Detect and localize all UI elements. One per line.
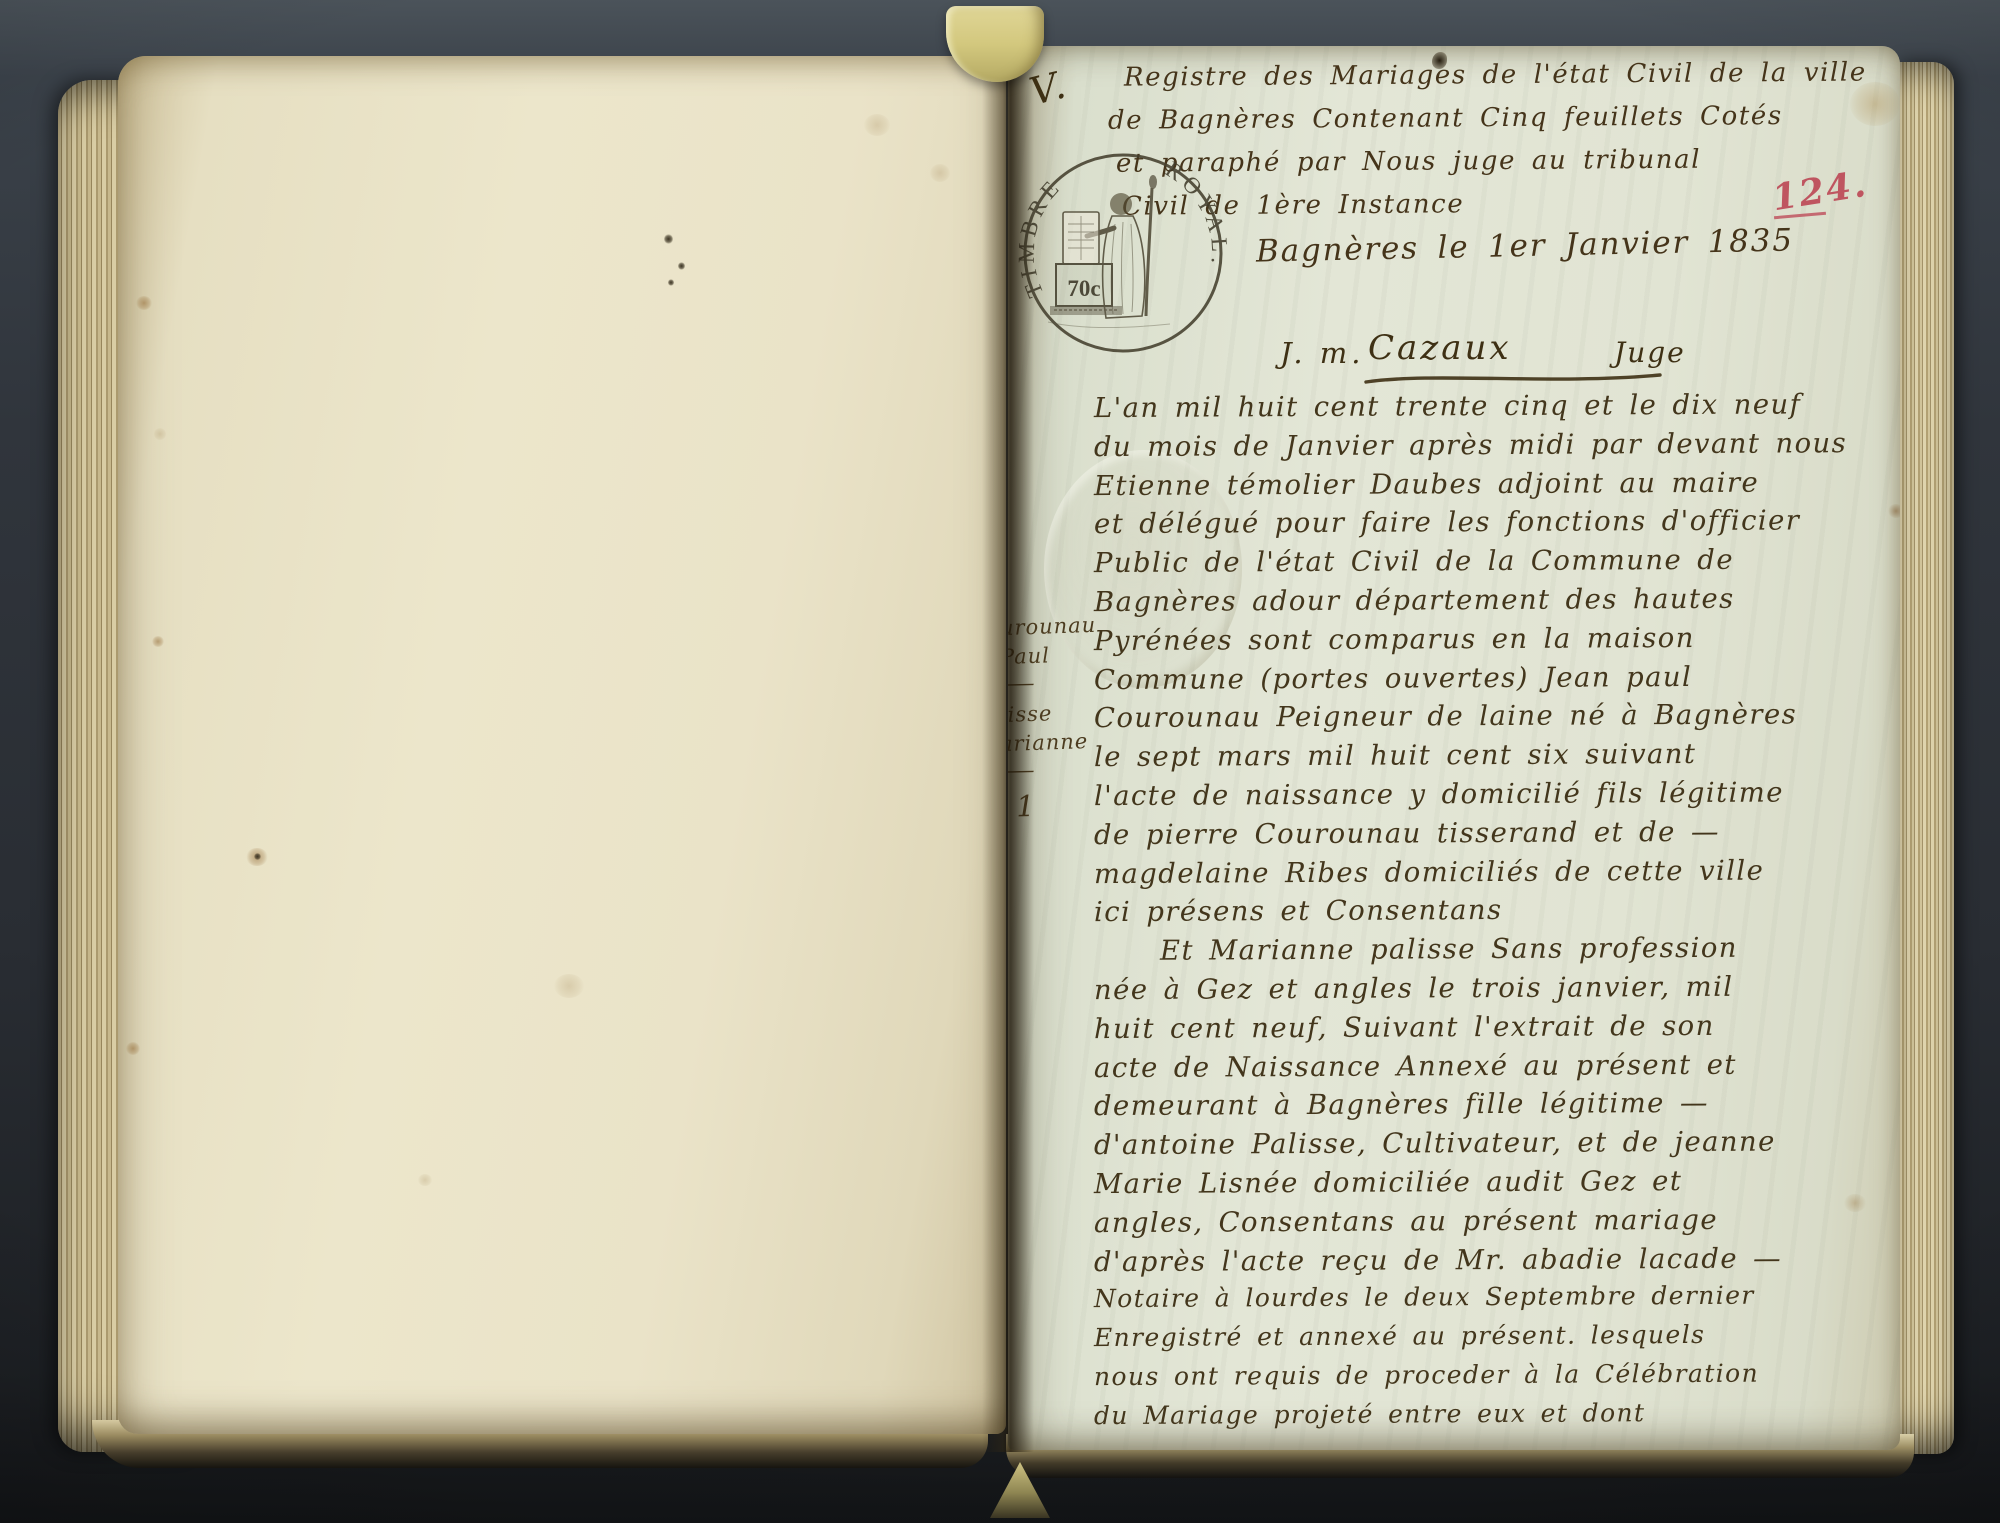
signature-initials: J. m. (1280, 336, 1365, 370)
foxing-spot (930, 164, 950, 182)
gutter-margin-notes: urounauPaul—lissearianne—1 (1008, 614, 1120, 817)
signature-title: Juge (1614, 336, 1686, 369)
manuscript-line: d'antoine Palisse, Cultivateur, et de je… (1094, 1125, 1900, 1168)
stamp-denomination: 70c (1067, 276, 1100, 301)
foxing-spot (668, 279, 674, 286)
header-line: de Bagnères Contenant Cinq feuillets Cot… (1108, 100, 1900, 149)
manuscript-line: née à Gez et angles le trois janvier, mi… (1094, 970, 1900, 1013)
manuscript-line: Pyrénées sont comparus en la maison (1094, 621, 1900, 664)
foxing-spot (864, 114, 890, 136)
act-body-text: L'an mil huit cent trente cinq et le dix… (1094, 390, 1900, 1438)
stamp-staff (1146, 188, 1152, 316)
foxing-spot (126, 1042, 140, 1055)
foxing-spot (152, 636, 164, 647)
foxing-spot (246, 848, 268, 866)
margin-note: — (1008, 755, 1193, 788)
manuscript-line: demeurant à Bagnères fille légitime — (1094, 1086, 1900, 1129)
foxing-spot (136, 296, 152, 310)
manuscript-line: Public de l'état Civil de la Commune de (1094, 543, 1900, 586)
margin-note: 1 (1008, 786, 1120, 819)
margin-note: — (1008, 668, 1193, 701)
margin-note: urounau (1008, 612, 1120, 645)
svg-text:ROYAL.: ROYAL. (1161, 157, 1230, 270)
manuscript-line: acte de Naissance Annexé au présent et (1094, 1047, 1900, 1090)
manuscript-line: du Mariage projeté entre eux et dont (1094, 1397, 1900, 1440)
manuscript-line: Marie Lisnée domiciliée audit Gez et (1094, 1164, 1900, 1207)
judge-signature-row: J. m. Cazaux Juge (1008, 324, 1768, 394)
foxing-spot (418, 1174, 432, 1186)
margin-note: lisse (1008, 699, 1120, 732)
manuscript-line: angles, Consentans au présent mariage (1094, 1203, 1900, 1246)
header-line: Registre des Mariages de l'état Civil de… (1108, 57, 1900, 106)
stamp-staff-top (1149, 175, 1157, 189)
manuscript-line: de pierre Courounau tisserand et de — (1094, 815, 1900, 858)
scanned-register-photo: V. Registre des Mariages de l'état Civil… (0, 0, 2000, 1523)
manuscript-line: Notaire à lourdes le deux Septembre dern… (1094, 1280, 1900, 1323)
manuscript-line: huit cent neuf, Suivant l'extrait de son (1094, 1009, 1900, 1052)
manuscript-line: ici présens et Consentans (1094, 892, 1900, 935)
manuscript-line: l'acte de naissance y domicilié fils lég… (1094, 776, 1900, 819)
manuscript-line: L'an mil huit cent trente cinq et le dix… (1094, 388, 1900, 431)
manuscript-line: d'après l'acte reçu de Mr. abadie lacade… (1094, 1241, 1900, 1284)
stamp-figure-drapery (1111, 222, 1133, 314)
right-register-page: V. Registre des Mariages de l'état Civil… (1008, 46, 1900, 1450)
foxing-spot (664, 234, 673, 244)
manuscript-line: et délégué pour faire les fonctions d'of… (1094, 504, 1900, 547)
manuscript-line: Bagnères adour département des hautes (1094, 582, 1900, 625)
manuscript-line: nous ont requis de proceder à la Célébra… (1094, 1358, 1900, 1401)
manuscript-line: Courounau Peigneur de laine né à Bagnère… (1094, 698, 1900, 741)
foxing-spot (154, 428, 166, 440)
manuscript-line: Enregistré et annexé au présent. lesquel… (1094, 1319, 1900, 1362)
manuscript-line: Etienne témolier Daubes adjoint au maire (1094, 465, 1900, 508)
manuscript-line: du mois de Janvier après midi par devant… (1094, 427, 1900, 470)
margin-check-mark: V. (1025, 62, 1071, 114)
stamp-text-right: ROYAL. (1161, 157, 1230, 270)
foxing-spot (554, 974, 584, 998)
left-blank-page (118, 56, 1006, 1434)
signature-flourish (1364, 370, 1664, 386)
stamp-figure-head (1110, 193, 1132, 215)
right-fore-edge-stack (1896, 62, 1954, 1454)
manuscript-line: Commune (portes ouvertes) Jean paul (1094, 659, 1900, 702)
foxing-spot (678, 262, 685, 270)
manuscript-line: Et Marianne palisse Sans profession (1094, 931, 1900, 974)
foxing-spot (254, 853, 261, 860)
signature-name: Cazaux (1368, 328, 1512, 368)
manuscript-line: le sept mars mil huit cent six suivant (1094, 737, 1900, 780)
manuscript-line: magdelaine Ribes domiciliés de cette vil… (1094, 853, 1900, 896)
